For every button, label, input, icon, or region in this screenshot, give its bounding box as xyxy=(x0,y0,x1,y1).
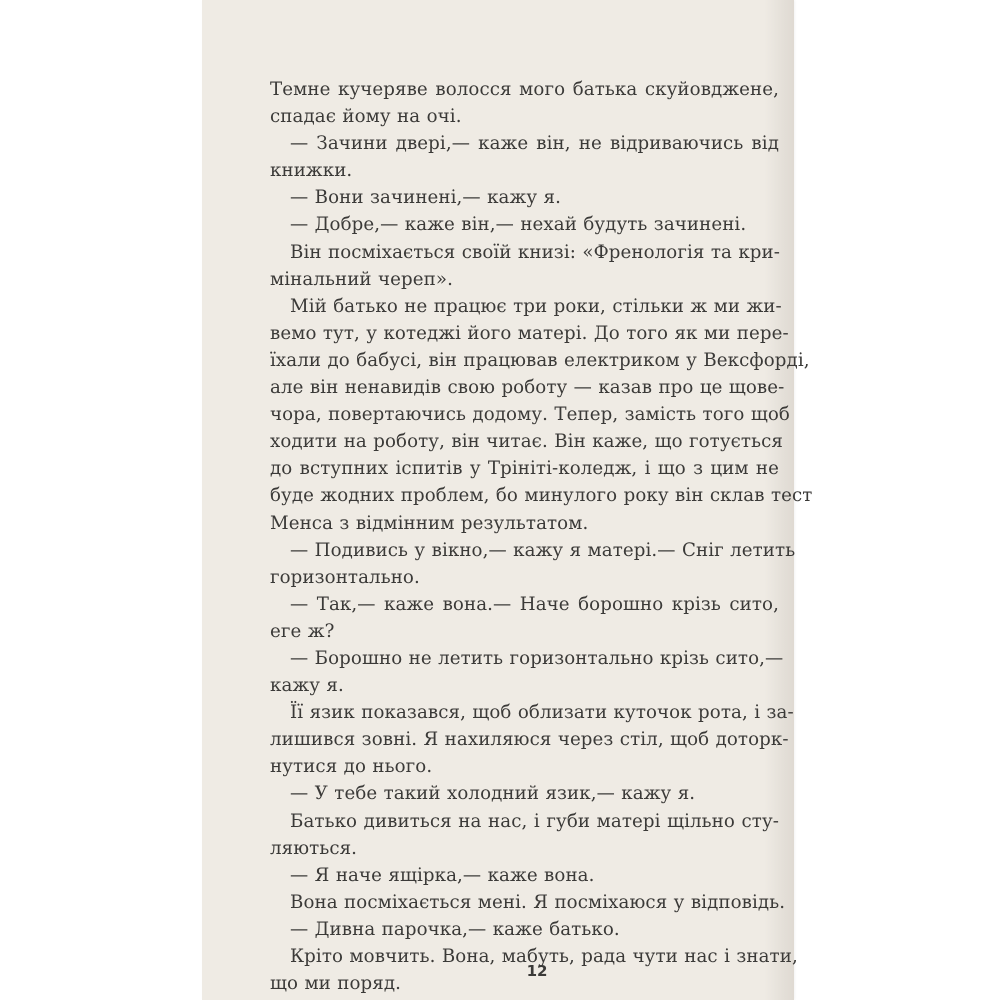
text-line: буде жодних проблем, бо минулого року ві… xyxy=(270,482,779,509)
text-line: чора, повертаючись додому. Тепер, заміст… xyxy=(270,401,779,428)
text-line: — У тебе такий холодний язик,— кажу я. xyxy=(270,780,779,807)
text-line: лишився зовні. Я нахиляюся через стіл, щ… xyxy=(270,726,779,753)
text-line: — Я наче ящірка,— каже вона. xyxy=(270,862,779,889)
text-line: але він ненавидів свою роботу — казав пр… xyxy=(270,374,779,401)
text-line: — Борошно не летить горизонтально крізь … xyxy=(270,645,779,672)
text-line: Батько дивиться на нас, і губи матері щі… xyxy=(270,808,779,835)
text-line: Менса з відмінним результатом. xyxy=(270,510,779,537)
text-line: вемо тут, у котеджі його матері. До того… xyxy=(270,320,779,347)
text-line: спадає йому на очі. xyxy=(270,103,779,130)
book-page: Темне кучеряве волосся мого батька скуйо… xyxy=(202,0,794,1000)
text-line: — Так,— каже вона.— Наче борошно крізь с… xyxy=(270,591,779,618)
text-line: — Дивна парочка,— каже батько. xyxy=(270,916,779,943)
page-number: 12 xyxy=(202,962,872,980)
text-line: — Подивись у вікно,— кажу я матері.— Сні… xyxy=(270,537,779,564)
text-line: еге ж? xyxy=(270,618,779,645)
text-line: Темне кучеряве волосся мого батька скуйо… xyxy=(270,76,779,103)
text-line: ляються. xyxy=(270,835,779,862)
text-line: Мій батько не працює три роки, стільки ж… xyxy=(270,293,779,320)
text-line: ходити на роботу, він читає. Він каже, щ… xyxy=(270,428,779,455)
text-line: Її язик показався, щоб облизати куточок … xyxy=(270,699,779,726)
text-line: горизонтально. xyxy=(270,564,779,591)
text-line: — Вони зачинені,— кажу я. xyxy=(270,184,779,211)
text-line: Він посміхається своїй книзі: «Френологі… xyxy=(270,239,779,266)
text-line: нутися до нього. xyxy=(270,753,779,780)
text-line: кажу я. xyxy=(270,672,779,699)
text-line: Вона посміхається мені. Я посміхаюся у в… xyxy=(270,889,779,916)
text-line: — Зачини двері,— каже він, не відриваючи… xyxy=(270,130,779,157)
text-line: — Добре,— каже він,— нехай будуть зачине… xyxy=(270,211,779,238)
text-line: мінальний череп». xyxy=(270,266,779,293)
text-line: до вступних іспитів у Трініті-коледж, і … xyxy=(270,455,779,482)
body-text: Темне кучеряве волосся мого батька скуйо… xyxy=(270,76,779,997)
text-line: їхали до бабусі, він працював електриком… xyxy=(270,347,779,374)
text-line: книжки. xyxy=(270,157,779,184)
